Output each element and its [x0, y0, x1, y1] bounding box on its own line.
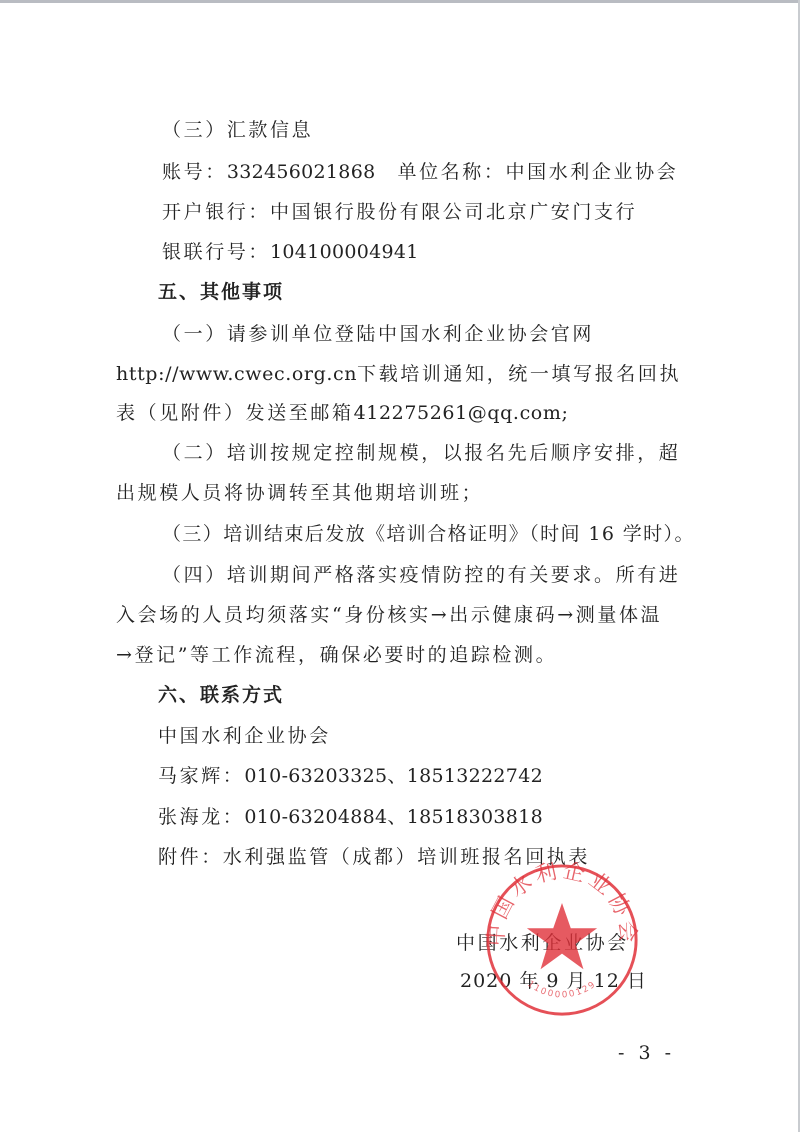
account-label: 账号： — [162, 161, 227, 183]
email-address: 412275261@qq.com; — [354, 402, 569, 424]
bank-code-line: 银联行号：104100004941 — [162, 240, 419, 264]
section5-item1-line2: http://www.cwec.org.cn下载培训通知，统一填写报名回执 — [116, 362, 681, 386]
bank-code-label: 银联行号： — [162, 241, 270, 263]
account-line: 账号：332456021868单位名称：中国水利企业协会 — [162, 160, 678, 184]
item1-line2-rest: 下载培训通知，统一填写报名回执 — [357, 363, 681, 385]
item1-line3-pre: 表（见附件）发送至邮箱 — [116, 402, 354, 424]
contact-2: 张海龙：010-63204884、18518303818 — [158, 805, 543, 829]
contact-org: 中国水利企业协会 — [158, 724, 331, 748]
section5-item4-line2: 入会场的人员均须落实“身份核实→出示健康码→测量体温 — [116, 603, 662, 627]
contact-1: 马家辉：010-63203325、18513222742 — [158, 764, 543, 788]
section5-item1-line1: （一）请参训单位登陆中国水利企业协会官网 — [162, 322, 594, 346]
account-number: 332456021868 — [227, 161, 376, 183]
contact-1-name: 马家辉： — [158, 765, 244, 787]
page-number: - 3 - — [618, 1042, 675, 1064]
section6-heading: 六、联系方式 — [158, 683, 284, 707]
bank-code-value: 104100004941 — [270, 241, 419, 263]
section5-item3: （三）培训结束后发放《培训合格证明》（时间 16 学时）。 — [162, 522, 695, 546]
signature-date: 2020 年 9 月 12 日 — [460, 966, 647, 993]
section5-item4-line1: （四）培训期间严格落实疫情防控的有关要求。所有进 — [162, 563, 680, 587]
contact-2-phones: 010-63204884、18518303818 — [244, 806, 543, 828]
section5-item4-line3: →登记”等工作流程，确保必要时的追踪检测。 — [116, 643, 557, 667]
attachment-line: 附件：水利强监管（成都）培训班报名回执表 — [158, 845, 590, 869]
contact-1-phones: 010-63203325、18513222742 — [244, 765, 543, 787]
remit-heading: （三）汇款信息 — [162, 118, 313, 142]
unit-name: 中国水利企业协会 — [506, 161, 679, 183]
bank-line: 开户银行：中国银行股份有限公司北京广安门支行 — [162, 200, 637, 224]
website-link[interactable]: http://www.cwec.org.cn — [116, 363, 357, 385]
unit-label: 单位名称： — [397, 161, 505, 183]
scan-top-edge — [0, 0, 800, 3]
section5-item2-line1: （二）培训按规定控制规模，以报名先后顺序安排，超 — [162, 441, 680, 465]
section5-item1-line3: 表（见附件）发送至邮箱412275261@qq.com; — [116, 401, 568, 425]
section5-item2-line2: 出规模人员将协调转至其他期培训班； — [116, 481, 483, 505]
signature-org: 中国水利企业协会 — [456, 928, 629, 955]
contact-2-name: 张海龙： — [158, 806, 244, 828]
section5-heading: 五、其他事项 — [158, 280, 284, 304]
